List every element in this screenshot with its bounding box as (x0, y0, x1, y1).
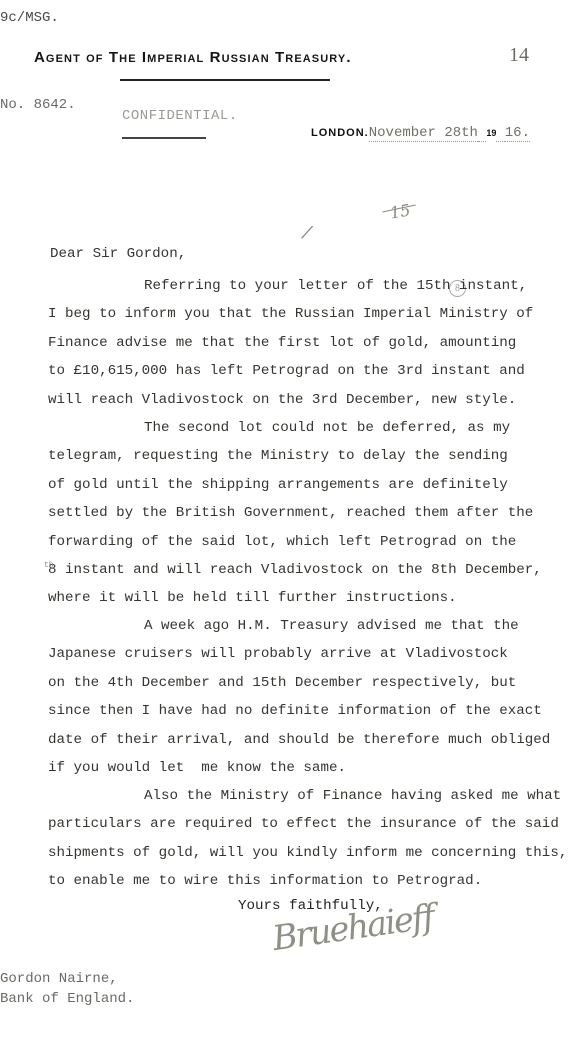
paragraph-line: telegram, requesting the Ministry to del… (48, 442, 542, 470)
paragraph-3: A week ago H.M. Treasury advised me that… (48, 612, 550, 782)
paragraph-line: to £10,615,000 has left Petrograd on the… (48, 357, 533, 385)
addressee-name: Gordon Nairne, (0, 969, 134, 989)
paragraph-line: A week ago H.M. Treasury advised me that… (48, 612, 550, 640)
paragraph-line: Finance advise me that the first lot of … (48, 329, 533, 357)
letterhead-title: Agent of The Imperial Russian Treasury. (34, 49, 352, 66)
pencil-mark: / (301, 222, 312, 244)
paragraph-2: The second lot could not be deferred, as… (48, 414, 542, 613)
dateline-year-prefix: 19 (486, 128, 496, 138)
paragraph-line: where it will be held till further instr… (48, 584, 542, 612)
paragraph-1: Referring to your letter of the 15th ins… (48, 272, 533, 414)
paragraph-line: since then I have had no definite inform… (48, 697, 550, 725)
classification-underline (122, 137, 206, 139)
paragraph-line: Also the Ministry of Finance having aske… (48, 782, 567, 810)
paragraph-line: Referring to your letter of the 15th ins… (48, 272, 533, 300)
dateline-date: November 28th (369, 125, 478, 142)
letter-number: No. 8642. (0, 97, 76, 113)
reference-code: 9c/MSG. (0, 10, 59, 26)
folio-number: 14 (509, 44, 529, 67)
paragraph-line-with-superscript: th8 instant and will reach Vladivostock … (48, 556, 542, 584)
salutation: Dear Sir Gordon, (50, 240, 186, 268)
paragraph-4: Also the Ministry of Finance having aske… (48, 782, 567, 896)
superscript-th: th (44, 552, 54, 580)
paragraph-line: settled by the British Government, reach… (48, 499, 542, 527)
paragraph-line: on the 4th December and 15th December re… (48, 669, 550, 697)
paragraph-line: date of their arrival, and should be the… (48, 726, 550, 754)
addressee: Gordon Nairne, Bank of England. (0, 969, 134, 1009)
letterhead-underline (120, 79, 330, 81)
paragraph-line: shipments of gold, will you kindly infor… (48, 839, 567, 867)
pencil-number: 15 (389, 200, 412, 222)
paragraph-line: Japanese cruisers will probably arrive a… (48, 640, 550, 668)
paragraph-line: The second lot could not be deferred, as… (48, 414, 542, 442)
dateline-city: LONDON. (311, 127, 369, 139)
paragraph-line: 8 instant and will reach Vladivostock on… (48, 562, 542, 578)
dateline-year: 16. (505, 125, 530, 142)
paragraph-line: to enable me to wire this information to… (48, 867, 567, 895)
paragraph-line: will reach Vladivostock on the 3rd Decem… (48, 386, 533, 414)
paragraph-line: of gold until the shipping arrangements … (48, 471, 542, 499)
paragraph-line: forwarding of the said lot, which left P… (48, 528, 542, 556)
paragraph-line: I beg to inform you that the Russian Imp… (48, 300, 533, 328)
classification-stamp: CONFIDENTIAL. (122, 108, 238, 124)
paragraph-line: particulars are required to effect the i… (48, 810, 567, 838)
addressee-institution: Bank of England. (0, 989, 134, 1009)
dateline: LONDON.November 28th 19 16. (311, 125, 530, 141)
paragraph-line: if you would let me know the same. (48, 754, 550, 782)
